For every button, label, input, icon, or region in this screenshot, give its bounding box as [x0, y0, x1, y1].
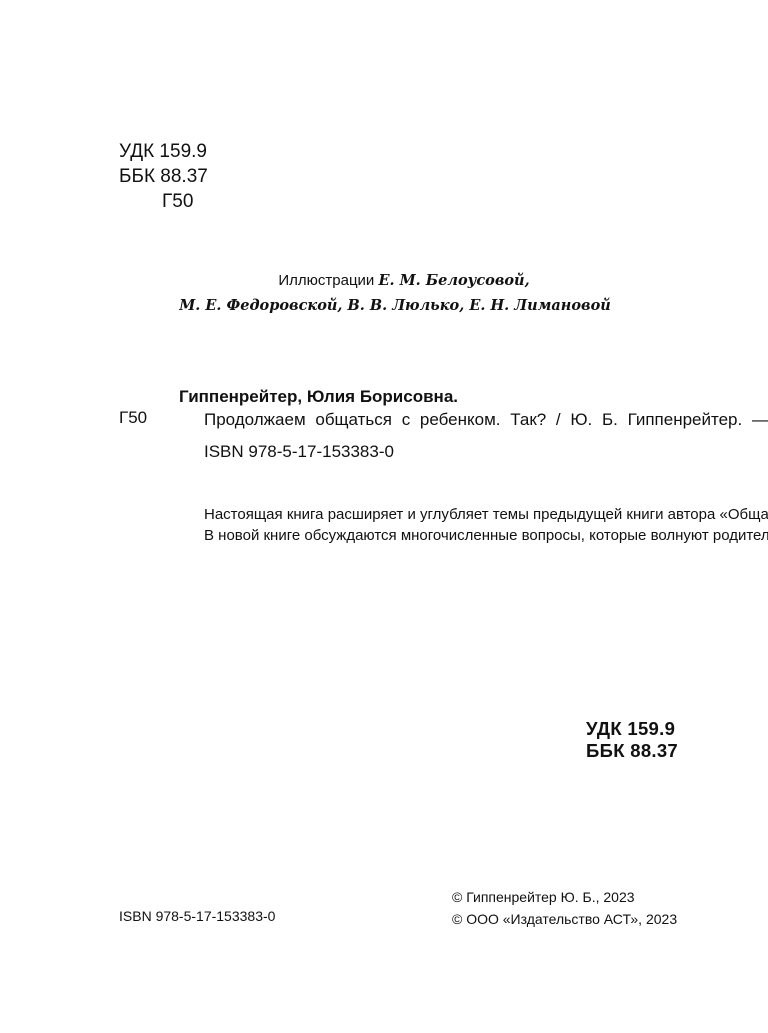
isbn-record: ISBN 978-5-17-153383-0	[179, 440, 692, 463]
classification-codes-bottom: УДК 159.9 ББК 88.37	[586, 718, 678, 762]
copyright-block: © Гиппенрейтер Ю. Б., 2023 © ООО «Издате…	[452, 886, 677, 930]
copyright-publisher: © ООО «Издательство АСТ», 2023	[452, 908, 677, 930]
bbk-code: ББК 88.37	[119, 164, 208, 189]
author-mark-side: Г50	[119, 408, 147, 428]
annotation-paragraph: В новой книге обсуждаются многочисленные…	[179, 526, 692, 547]
classification-codes-top: УДК 159.9 ББК 88.37 Г50	[119, 139, 208, 214]
bbk-code-bold: ББК 88.37	[586, 740, 678, 762]
udk-code: УДК 159.9	[119, 139, 208, 164]
illustrations-line-1: Иллюстрации Е. М. Белоусовой,	[0, 268, 768, 293]
illustrations-line-2: М. Е. Федоровской, В. В. Люлько, Е. Н. Л…	[0, 293, 768, 318]
author-mark: Г50	[119, 189, 208, 214]
illustrator-names-2: М. Е. Федоровской, В. В. Люлько, Е. Н. Л…	[179, 297, 611, 314]
bibliographic-record: Гиппенрейтер, Юлия Борисовна. Продолжаем…	[179, 385, 692, 463]
illustrations-prefix: Иллюстрации	[278, 272, 374, 289]
illustrations-credit: Иллюстрации Е. М. Белоусовой, М. Е. Федо…	[0, 268, 768, 318]
illustrator-names-1: Е. М. Белоусовой,	[378, 272, 529, 289]
copyright-author: © Гиппенрейтер Ю. Б., 2023	[452, 886, 677, 908]
isbn-footer: ISBN 978-5-17-153383-0	[119, 908, 275, 924]
annotation: Настоящая книга расширяет и углубляет те…	[179, 505, 692, 546]
author-heading: Гиппенрейтер, Юлия Борисовна.	[179, 385, 692, 408]
udk-code-bold: УДК 159.9	[586, 718, 678, 740]
annotation-paragraph: Настоящая книга расширяет и углубляет те…	[179, 505, 692, 526]
bibliographic-description: Продолжаем общаться с ребенком. Так? / Ю…	[179, 408, 692, 431]
